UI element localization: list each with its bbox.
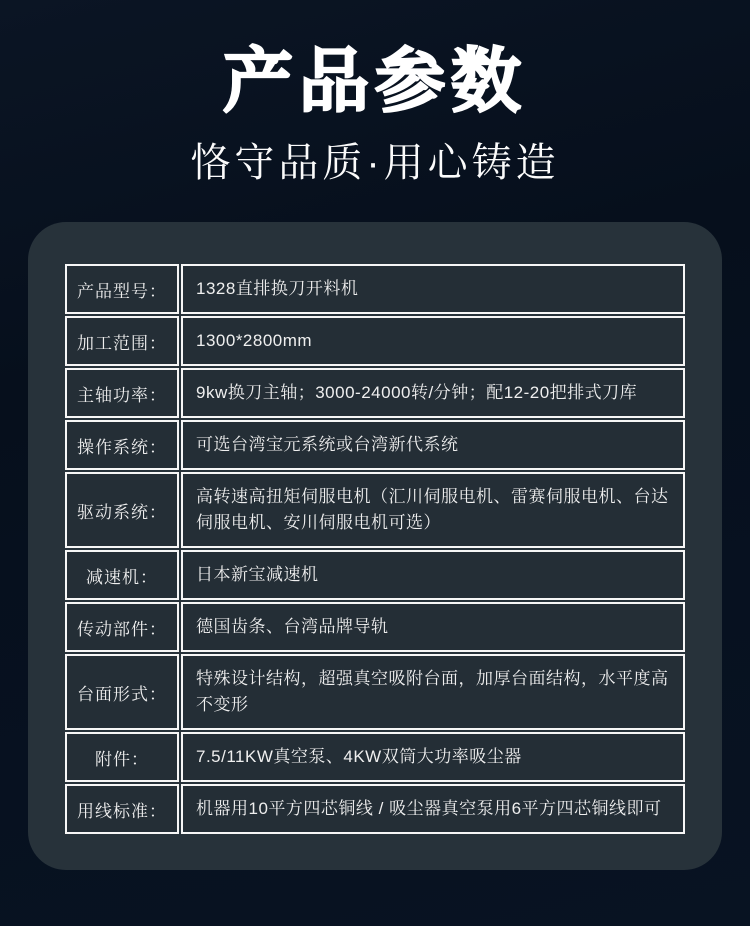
table-row: 传动部件： 德国齿条、台湾品牌导轨	[65, 602, 685, 652]
page-subtitle: 恪守品质·用心铸造	[0, 142, 750, 184]
page-header: 产品参数 恪守品质·用心铸造	[0, 0, 750, 184]
table-row: 驱动系统： 高转速高扭矩伺服电机（汇川伺服电机、雷赛伺服电机、台达伺服电机、安川…	[65, 472, 685, 548]
spec-label: 减速机：	[65, 550, 179, 600]
spec-label: 操作系统：	[65, 420, 179, 470]
spec-value: 日本新宝减速机	[181, 550, 685, 600]
spec-value: 机器用10平方四芯铜线 / 吸尘器真空泵用6平方四芯铜线即可	[181, 784, 685, 834]
table-row: 加工范围： 1300*2800mm	[65, 316, 685, 366]
spec-value: 德国齿条、台湾品牌导轨	[181, 602, 685, 652]
spec-value: 9kw换刀主轴；3000-24000转/分钟；配12-20把排式刀库	[181, 368, 685, 418]
table-row: 减速机： 日本新宝减速机	[65, 550, 685, 600]
spec-label: 附件：	[65, 732, 179, 782]
spec-value: 高转速高扭矩伺服电机（汇川伺服电机、雷赛伺服电机、台达伺服电机、安川伺服电机可选…	[181, 472, 685, 548]
spec-label: 台面形式：	[65, 654, 179, 730]
spec-value: 特殊设计结构，超强真空吸附台面，加厚台面结构，水平度高不变形	[181, 654, 685, 730]
spec-label: 加工范围：	[65, 316, 179, 366]
spec-label: 传动部件：	[65, 602, 179, 652]
page-title: 产品参数	[0, 46, 750, 116]
spec-value: 1328直排换刀开料机	[181, 264, 685, 314]
spec-label: 驱动系统：	[65, 472, 179, 548]
table-row: 台面形式： 特殊设计结构，超强真空吸附台面，加厚台面结构，水平度高不变形	[65, 654, 685, 730]
spec-label: 用线标准：	[65, 784, 179, 834]
spec-value: 1300*2800mm	[181, 316, 685, 366]
table-row: 用线标准： 机器用10平方四芯铜线 / 吸尘器真空泵用6平方四芯铜线即可	[65, 784, 685, 834]
spec-value: 可选台湾宝元系统或台湾新代系统	[181, 420, 685, 470]
spec-label: 主轴功率：	[65, 368, 179, 418]
spec-value: 7.5/11KW真空泵、4KW双筒大功率吸尘器	[181, 732, 685, 782]
table-row: 附件： 7.5/11KW真空泵、4KW双筒大功率吸尘器	[65, 732, 685, 782]
spec-panel: 产品型号： 1328直排换刀开料机 加工范围： 1300*2800mm 主轴功率…	[28, 222, 722, 870]
table-row: 产品型号： 1328直排换刀开料机	[65, 264, 685, 314]
table-row: 操作系统： 可选台湾宝元系统或台湾新代系统	[65, 420, 685, 470]
spec-label: 产品型号：	[65, 264, 179, 314]
spec-table: 产品型号： 1328直排换刀开料机 加工范围： 1300*2800mm 主轴功率…	[63, 262, 687, 836]
table-row: 主轴功率： 9kw换刀主轴；3000-24000转/分钟；配12-20把排式刀库	[65, 368, 685, 418]
